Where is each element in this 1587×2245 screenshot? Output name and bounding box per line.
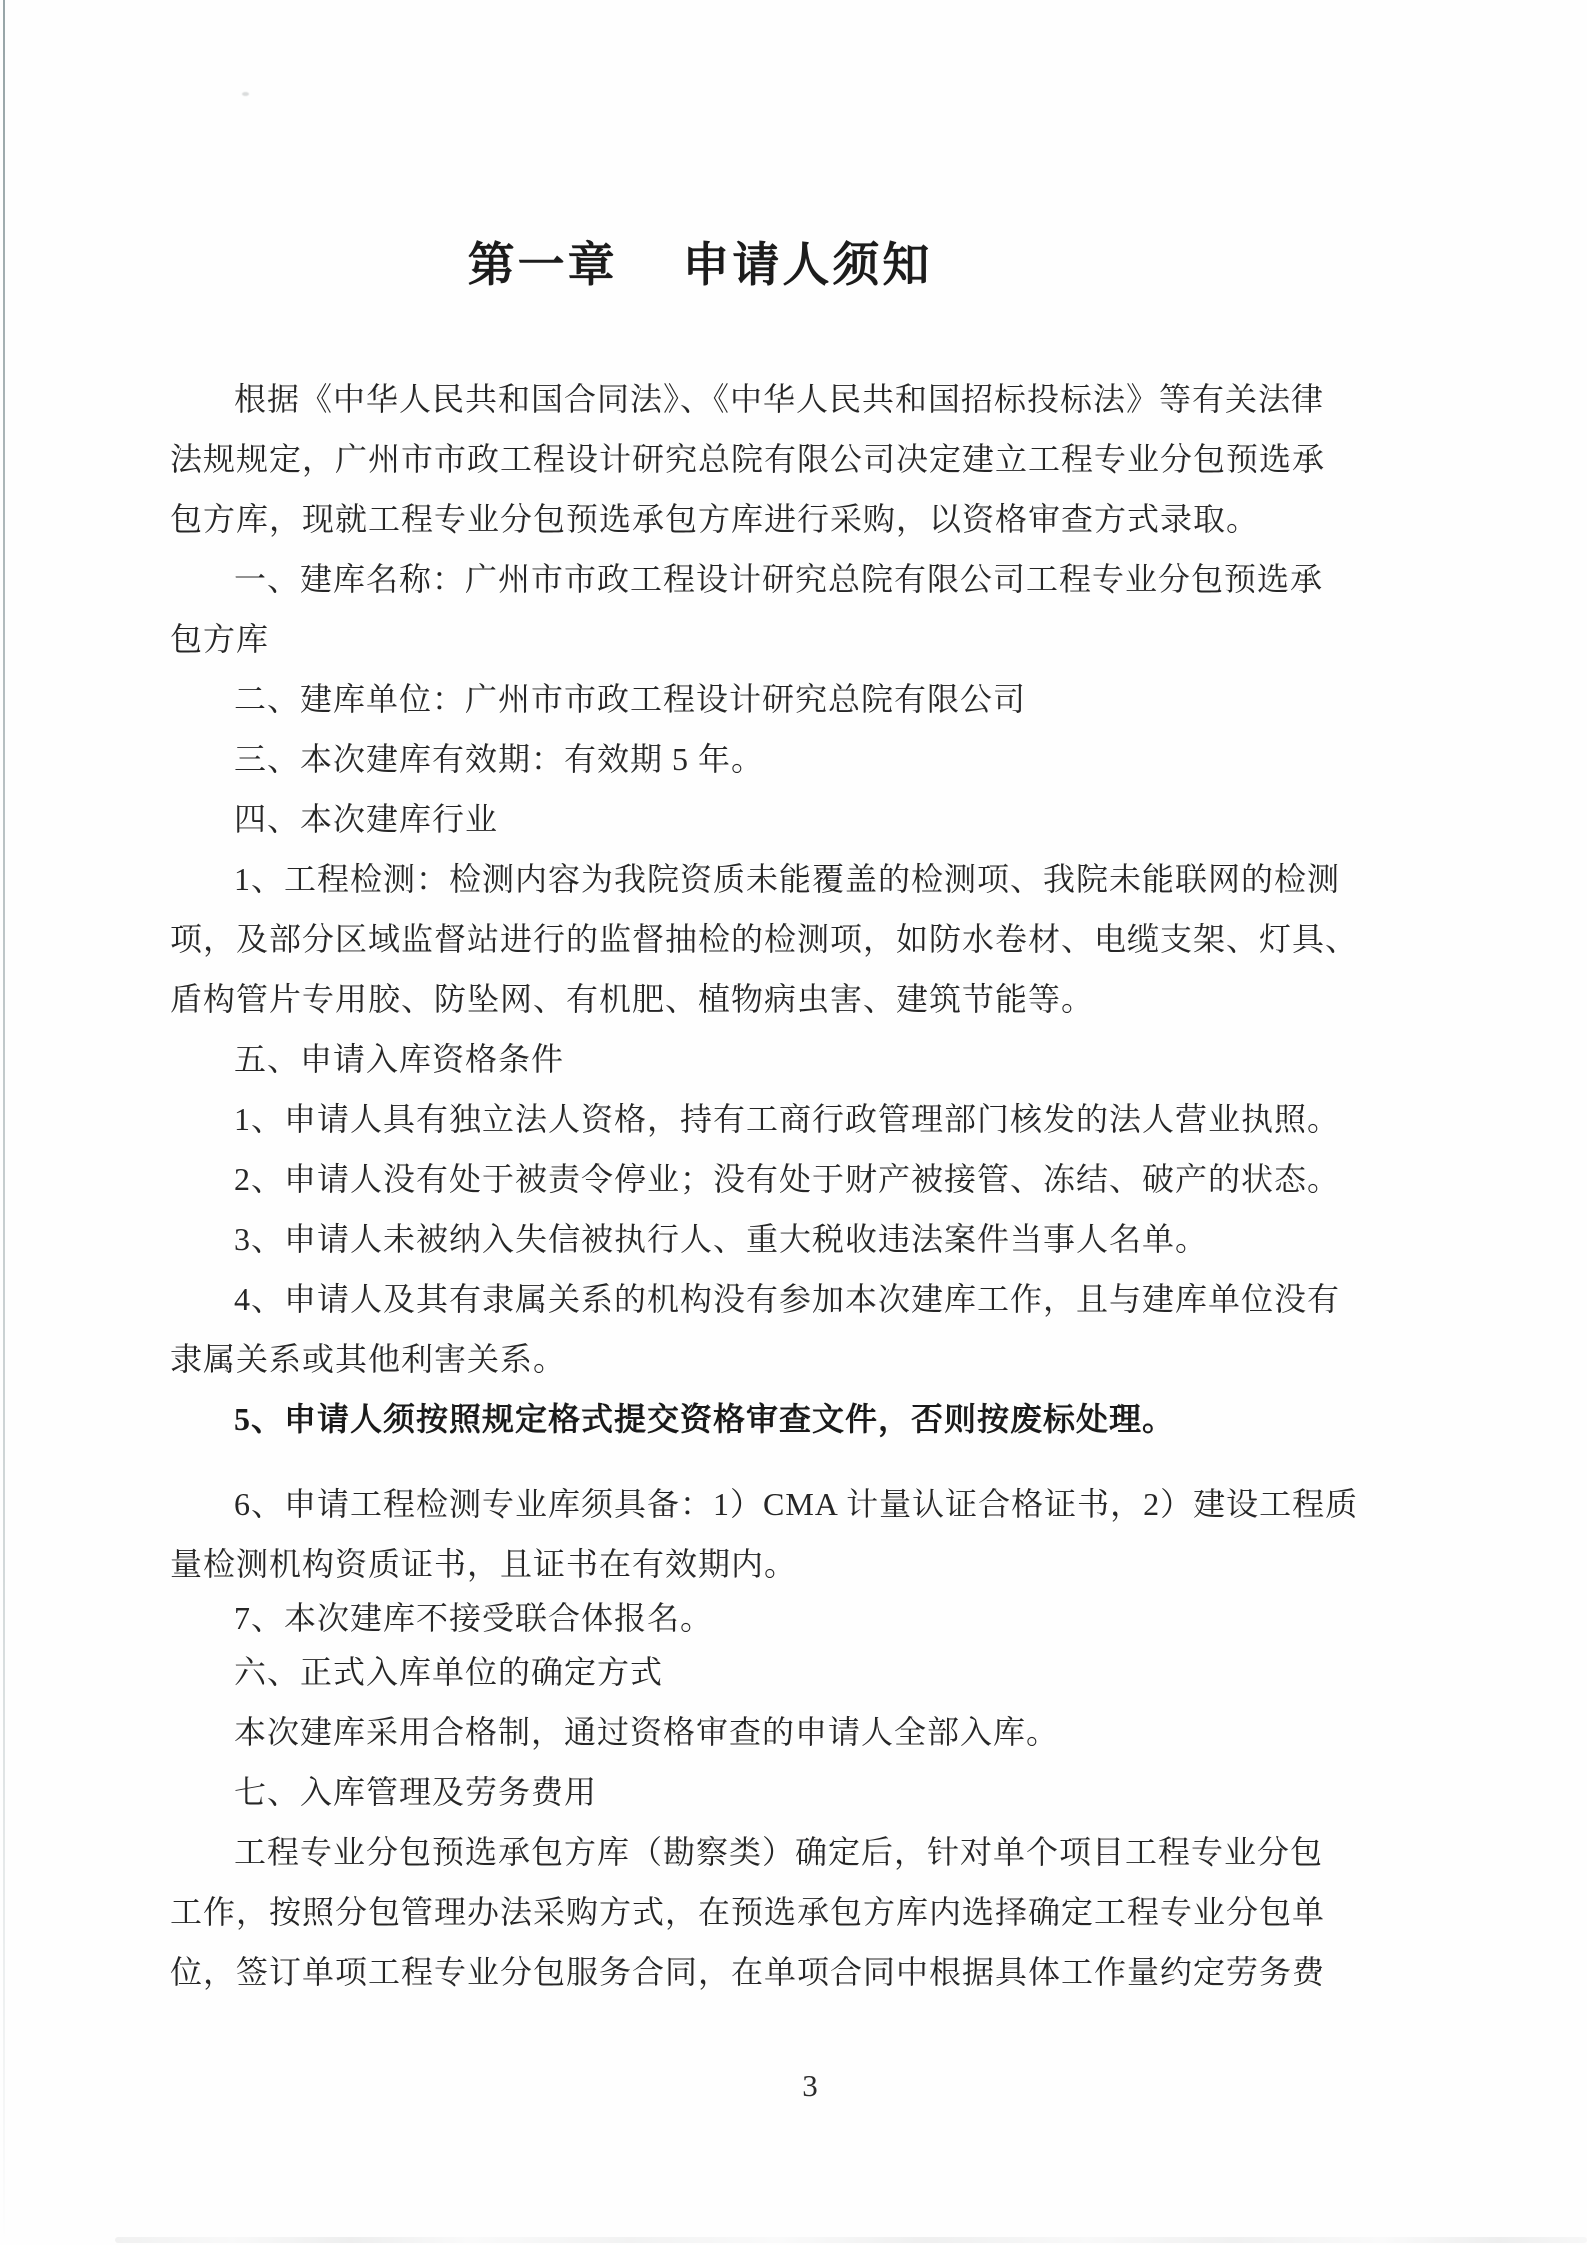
text-line: 隶属关系或其他利害关系。 xyxy=(170,1327,1385,1387)
text-line: 6、申请工程检测专业库须具备：1）CMA 计量认证合格证书，2）建设工程质 xyxy=(170,1472,1385,1532)
text-line: 本次建库采用合格制，通过资格审查的申请人全部入库。 xyxy=(170,1700,1385,1760)
text-line: 7、本次建库不接受联合体报名。 xyxy=(170,1592,1385,1640)
text-line: 3、申请人未被纳入失信被执行人、重大税收违法案件当事人名单。 xyxy=(170,1207,1385,1267)
text-line: 2、申请人没有处于被责令停业；没有处于财产被接管、冻结、破产的状态。 xyxy=(170,1147,1385,1207)
scan-speck xyxy=(242,92,249,96)
text-line: 七、入库管理及劳务费用 xyxy=(170,1760,1385,1820)
text-line: 位，签订单项工程专业分包服务合同，在单项合同中根据具体工作量约定劳务费 xyxy=(170,1940,1385,2000)
chapter-title: 第一章 申请人须知 xyxy=(0,228,1400,295)
text-line: 一、建库名称：广州市市政工程设计研究总院有限公司工程专业分包预选承 xyxy=(170,547,1385,607)
scan-bottom-edge xyxy=(115,2237,1587,2243)
text-line: 1、申请人具有独立法人资格，持有工商行政管理部门核发的法人营业执照。 xyxy=(170,1087,1385,1147)
text-line: 根据《中华人民共和国合同法》、《中华人民共和国招标投标法》等有关法律 xyxy=(170,367,1385,427)
text-line: 盾构管片专用胶、防坠网、有机肥、植物病虫害、建筑节能等。 xyxy=(170,967,1385,1027)
scanned-document-page: 第一章 申请人须知 根据《中华人民共和国合同法》、《中华人民共和国招标投标法》等… xyxy=(0,0,1587,2245)
text-line: 工程专业分包预选承包方库（勘察类）确定后，针对单个项目工程专业分包 xyxy=(170,1820,1385,1880)
text-line: 法规规定，广州市市政工程设计研究总院有限公司决定建立工程专业分包预选承 xyxy=(170,427,1385,487)
page-number: 3 xyxy=(802,2068,818,2104)
text-line: 四、本次建库行业 xyxy=(170,787,1385,847)
text-line: 五、申请入库资格条件 xyxy=(170,1027,1385,1087)
text-line: 二、建库单位：广州市市政工程设计研究总院有限公司 xyxy=(170,667,1385,727)
scan-edge-line xyxy=(3,0,5,2245)
text-line: 六、正式入库单位的确定方式 xyxy=(170,1640,1385,1700)
text-line: 三、本次建库有效期：有效期 5 年。 xyxy=(170,727,1385,787)
text-line: 包方库 xyxy=(170,607,1385,667)
text-line: 量检测机构资质证书，且证书在有效期内。 xyxy=(170,1532,1385,1592)
text-line: 包方库，现就工程专业分包预选承包方库进行采购，以资格审查方式录取。 xyxy=(170,487,1385,547)
document-body: 根据《中华人民共和国合同法》、《中华人民共和国招标投标法》等有关法律法规规定，广… xyxy=(170,367,1385,2000)
text-line: 工作，按照分包管理办法采购方式，在预选承包方库内选择确定工程专业分包单 xyxy=(170,1880,1385,1940)
text-line: 4、申请人及其有隶属关系的机构没有参加本次建库工作，且与建库单位没有 xyxy=(170,1267,1385,1327)
text-line: 5、申请人须按照规定格式提交资格审查文件，否则按废标处理。 xyxy=(170,1387,1385,1447)
text-line: 项，及部分区域监督站进行的监督抽检的检测项，如防水卷材、电缆支架、灯具、 xyxy=(170,907,1385,967)
text-line: 1、工程检测：检测内容为我院资质未能覆盖的检测项、我院未能联网的检测 xyxy=(170,847,1385,907)
